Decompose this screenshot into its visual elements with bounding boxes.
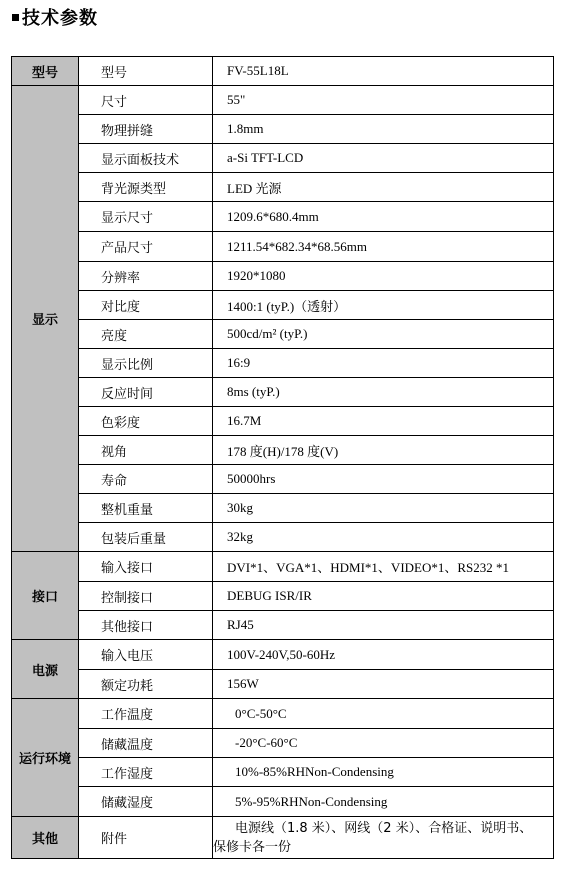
param-value: 16:9 (213, 349, 554, 378)
table-row: 其他 附件 电源线（1.8 米）、网线（2 米）、合格证、说明书、保修卡各一份 (12, 817, 554, 859)
table-row: 整机重量30kg (12, 494, 554, 523)
param-value: 1920*1080 (213, 262, 554, 291)
param-value: DEBUG ISR/IR (213, 582, 554, 611)
table-row: 型号 型号 FV-55L18L (12, 57, 554, 86)
param-value: DVI*1、VGA*1、HDMI*1、VIDEO*1、RS232 *1 (213, 552, 554, 582)
table-row: 显示面板技术a-Si TFT-LCD (12, 144, 554, 173)
param-name: 控制接口 (79, 582, 213, 611)
param-name: 输入电压 (79, 640, 213, 670)
param-value: 156W (213, 670, 554, 699)
category-cell: 接口 (12, 552, 79, 640)
spec-table: 型号 型号 FV-55L18L 显示 尺寸 55" 物理拼缝1.8mm 显示面板… (11, 56, 554, 859)
param-name: 储藏温度 (79, 729, 213, 758)
param-value: -20°C-60°C (213, 729, 554, 758)
category-cell: 其他 (12, 817, 79, 859)
category-cell: 型号 (12, 57, 79, 86)
param-name: 包装后重量 (79, 523, 213, 552)
table-row: 储藏温度-20°C-60°C (12, 729, 554, 758)
table-row: 反应时间8ms (tyP.) (12, 378, 554, 407)
param-value: 8ms (tyP.) (213, 378, 554, 407)
table-row: 显示 尺寸 55" (12, 86, 554, 115)
table-row: 显示尺寸1209.6*680.4mm (12, 202, 554, 232)
table-row: 额定功耗156W (12, 670, 554, 699)
table-row: 工作湿度10%-85%RHNon-Condensing (12, 758, 554, 787)
value-line-2: 保修卡各一份 (213, 838, 553, 857)
category-cell: 电源 (12, 640, 79, 699)
param-value: 5%-95%RHNon-Condensing (213, 787, 554, 817)
param-name: 工作温度 (79, 699, 213, 729)
table-row: 亮度500cd/m² (tyP.) (12, 320, 554, 349)
table-row: 运行环境 工作温度 0°C-50°C (12, 699, 554, 729)
table-row: 控制接口DEBUG ISR/IR (12, 582, 554, 611)
table-row: 色彩度16.7M (12, 407, 554, 436)
param-name: 附件 (79, 817, 213, 859)
param-name: 其他接口 (79, 611, 213, 640)
square-bullet-icon (12, 14, 19, 21)
param-value: 1.8mm (213, 115, 554, 144)
param-value: 500cd/m² (tyP.) (213, 320, 554, 349)
param-name: 背光源类型 (79, 173, 213, 202)
param-name: 分辨率 (79, 262, 213, 291)
param-value: 1211.54*682.34*68.56mm (213, 232, 554, 262)
table-row: 对比度1400:1 (tyP.)（透射） (12, 291, 554, 320)
param-name: 显示尺寸 (79, 202, 213, 232)
param-value: 30kg (213, 494, 554, 523)
param-value: FV-55L18L (213, 57, 554, 86)
param-name: 型号 (79, 57, 213, 86)
param-value: 电源线（1.8 米）、网线（2 米）、合格证、说明书、保修卡各一份 (213, 817, 554, 859)
param-value: 1209.6*680.4mm (213, 202, 554, 232)
param-value: RJ45 (213, 611, 554, 640)
param-name: 显示比例 (79, 349, 213, 378)
param-name: 亮度 (79, 320, 213, 349)
table-row: 寿命50000hrs (12, 465, 554, 494)
param-name: 工作湿度 (79, 758, 213, 787)
param-name: 输入接口 (79, 552, 213, 582)
param-value: 50000hrs (213, 465, 554, 494)
param-value: 100V-240V,50-60Hz (213, 640, 554, 670)
value-line-1: 电源线（1.8 米）、网线（2 米）、合格证、说明书、 (213, 819, 553, 838)
heading-text: 技术参数 (22, 8, 98, 29)
table-row: 包装后重量32kg (12, 523, 554, 552)
table-row: 其他接口RJ45 (12, 611, 554, 640)
table-row: 产品尺寸1211.54*682.34*68.56mm (12, 232, 554, 262)
param-name: 产品尺寸 (79, 232, 213, 262)
param-name: 显示面板技术 (79, 144, 213, 173)
param-value: 10%-85%RHNon-Condensing (213, 758, 554, 787)
table-row: 接口 输入接口 DVI*1、VGA*1、HDMI*1、VIDEO*1、RS232… (12, 552, 554, 582)
table-row: 储藏湿度5%-95%RHNon-Condensing (12, 787, 554, 817)
table-row: 背光源类型LED 光源 (12, 173, 554, 202)
param-value: 55" (213, 86, 554, 115)
param-value: a-Si TFT-LCD (213, 144, 554, 173)
category-cell: 显示 (12, 86, 79, 552)
param-name: 寿命 (79, 465, 213, 494)
param-name: 储藏湿度 (79, 787, 213, 817)
param-value: 0°C-50°C (213, 699, 554, 729)
param-name: 视角 (79, 436, 213, 465)
param-name: 对比度 (79, 291, 213, 320)
param-name: 整机重量 (79, 494, 213, 523)
param-value: 32kg (213, 523, 554, 552)
table-row: 电源 输入电压 100V-240V,50-60Hz (12, 640, 554, 670)
section-heading: 技术参数 (12, 4, 98, 30)
param-name: 尺寸 (79, 86, 213, 115)
table-row: 视角178 度(H)/178 度(V) (12, 436, 554, 465)
param-name: 额定功耗 (79, 670, 213, 699)
param-value: 1400:1 (tyP.)（透射） (213, 291, 554, 320)
table-row: 显示比例16:9 (12, 349, 554, 378)
category-cell: 运行环境 (12, 699, 79, 817)
param-name: 反应时间 (79, 378, 213, 407)
param-value: 16.7M (213, 407, 554, 436)
param-value: LED 光源 (213, 173, 554, 202)
table-row: 分辨率1920*1080 (12, 262, 554, 291)
param-value: 178 度(H)/178 度(V) (213, 436, 554, 465)
table-row: 物理拼缝1.8mm (12, 115, 554, 144)
param-name: 物理拼缝 (79, 115, 213, 144)
param-name: 色彩度 (79, 407, 213, 436)
